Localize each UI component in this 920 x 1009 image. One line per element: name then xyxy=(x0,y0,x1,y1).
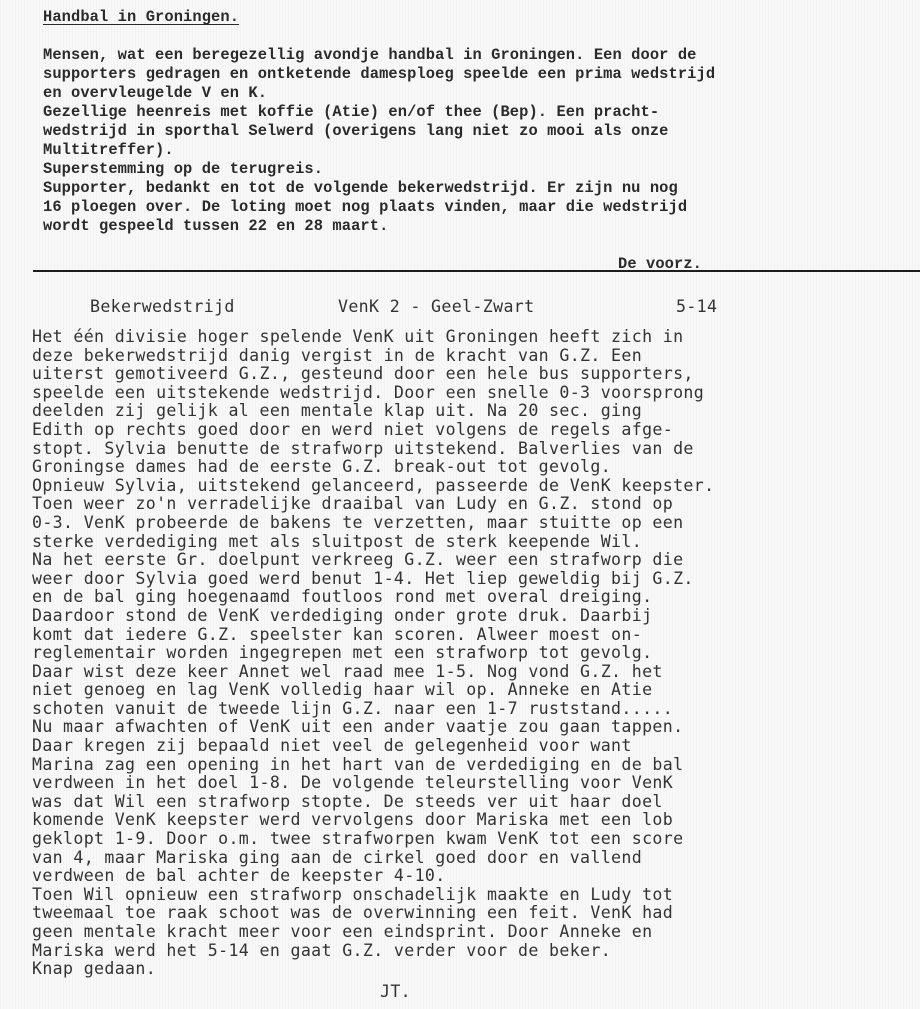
letter-line: Supporter, bedankt en tot de volgende be… xyxy=(43,179,913,198)
report-author-initials: JT. xyxy=(32,983,917,1003)
report-line: geklopt 1-9. Door o.m. twee strafworpen … xyxy=(32,830,917,849)
report-line: Groningse dames had de eerste G.Z. break… xyxy=(32,458,917,477)
letter-line: Mensen, wat een beregezellig avondje han… xyxy=(43,46,913,65)
report-line: was dat Wil een strafworp stopte. De ste… xyxy=(32,793,917,812)
report-line: komende VenK keepster werd vervolgens do… xyxy=(32,811,917,830)
report-line: geen mentale kracht meer voor een eindsp… xyxy=(32,923,917,942)
report-line: deelden zij gelijk al een mentale klap u… xyxy=(32,402,917,421)
report-line: van 4, maar Mariska ging aan de cirkel g… xyxy=(32,849,917,868)
letter-body: Mensen, wat een beregezellig avondje han… xyxy=(43,46,913,236)
letter-line: en overvleugelde V en K. xyxy=(43,84,913,103)
report-line: reglementair worden ingegrepen met een s… xyxy=(32,644,917,663)
report-line: niet genoeg en lag VenK volledig haar wi… xyxy=(32,681,917,700)
report-line: Daar wist deze keer Annet wel raad mee 1… xyxy=(32,663,917,682)
report-line: en de bal ging hoegenaamd foutloos rond … xyxy=(32,588,917,607)
match-report-section: BekerwedstrijdVenK 2 - Geel-Zwart5-14 He… xyxy=(32,298,917,1003)
report-line: verdween in het doel 1-8. De volgende te… xyxy=(32,774,917,793)
report-line: 0-3. VenK probeerde de bakens te verzett… xyxy=(32,514,917,533)
report-line: Toen weer zo'n verradelijke draaibal van… xyxy=(32,495,917,514)
match-type: Bekerwedstrijd xyxy=(90,298,338,317)
report-line: Opnieuw Sylvia, uitstekend gelanceerd, p… xyxy=(32,477,917,496)
report-line: weer door Sylvia goed werd benut 1-4. He… xyxy=(32,570,917,589)
letter-line: supporters gedragen en ontketende damesp… xyxy=(43,65,913,84)
report-line: Marina zag een opening in het hart van d… xyxy=(32,756,917,775)
report-line: Daardoor stond de VenK verdediging onder… xyxy=(32,607,917,626)
report-line: uiterst gemotiveerd G.Z., gesteund door … xyxy=(32,365,917,384)
report-line: Na het eerste Gr. doelpunt verkreeg G.Z.… xyxy=(32,551,917,570)
letter-line: 16 ploegen over. De loting moet nog plaa… xyxy=(43,198,913,217)
report-line: Toen Wil opnieuw een strafworp onschadel… xyxy=(32,886,917,905)
report-line: Nu maar afwachten of VenK uit een ander … xyxy=(32,718,917,737)
report-line: speelde een uitstekende wedstrijd. Door … xyxy=(32,384,917,403)
scanned-page: Handbal in Groningen. Mensen, wat een be… xyxy=(0,0,920,1009)
letter-line: Gezellige heenreis met koffie (Atie) en/… xyxy=(43,103,913,122)
report-line: Knap gedaan. xyxy=(32,960,917,979)
report-line: tweemaal toe raak schoot was de overwinn… xyxy=(32,904,917,923)
letter-line: wedstrijd in sporthal Selwerd (overigens… xyxy=(43,122,913,141)
letter-section: Handbal in Groningen. Mensen, wat een be… xyxy=(43,8,913,274)
report-line: Mariska werd het 5-14 en gaat G.Z. verde… xyxy=(32,942,917,961)
report-line: Edith op rechts goed door en werd niet v… xyxy=(32,421,917,440)
match-teams: VenK 2 - Geel-Zwart xyxy=(338,298,676,317)
match-heading: BekerwedstrijdVenK 2 - Geel-Zwart5-14 xyxy=(32,298,917,320)
letter-line: Multitreffer). xyxy=(43,141,913,160)
report-line: verdween de bal achter de keepster 4-10. xyxy=(32,867,917,886)
match-report-body: Het één divisie hoger spelende VenK uit … xyxy=(32,328,917,979)
section-divider xyxy=(33,270,920,272)
report-line: komt dat iedere G.Z. speelster kan score… xyxy=(32,626,917,645)
report-line: deze bekerwedstrijd danig vergist in de … xyxy=(32,347,917,366)
report-line: sterke verdediging met als sluitpost de … xyxy=(32,533,917,552)
report-line: Het één divisie hoger spelende VenK uit … xyxy=(32,328,917,347)
report-line: stopt. Sylvia benutte de strafworp uitst… xyxy=(32,440,917,459)
letter-title: Handbal in Groningen. xyxy=(43,8,913,27)
letter-line: Superstemming op de terugreis. xyxy=(43,160,913,179)
report-line: Daar kregen zij bepaald niet veel de gel… xyxy=(32,737,917,756)
report-line: schoten vanuit de tweede lijn G.Z. naar … xyxy=(32,700,917,719)
match-score: 5-14 xyxy=(676,298,717,317)
letter-line: wordt gespeeld tussen 22 en 28 maart. xyxy=(43,217,913,236)
